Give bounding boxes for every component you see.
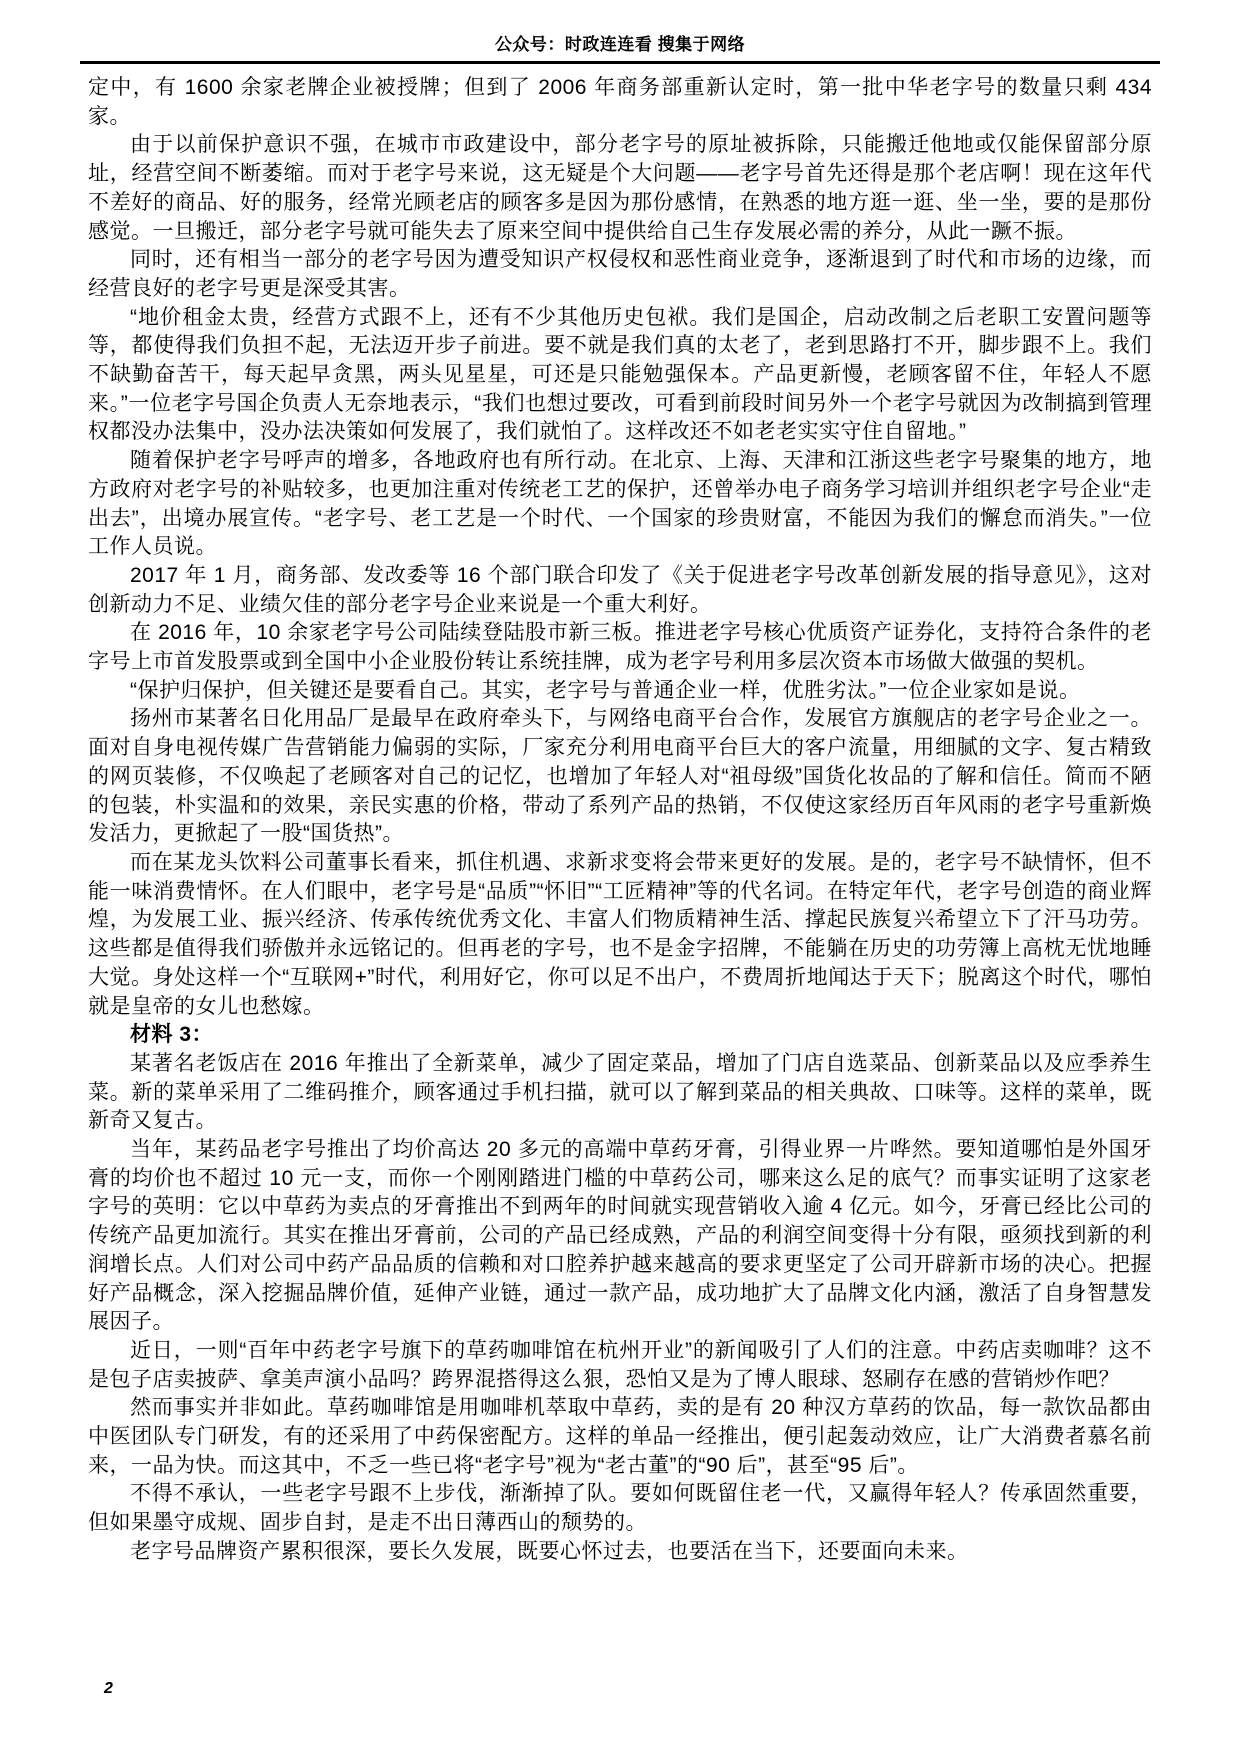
document-page: 公众号：时政连连看 搜集于网络 定中，有 1600 余家老牌企业被授牌；但到了 … [0, 0, 1240, 1754]
paragraph: 不得不承认，一些老字号跟不上步伐，渐渐掉了队。要如何既留住老一代，又赢得年轻人？… [88, 1480, 1152, 1537]
paragraph: 由于以前保护意识不强，在城市市政建设中，部分老字号的原址被拆除，只能搬迁他地或仅… [88, 131, 1152, 246]
paragraph: 扬州市某著名日化用品厂是最早在政府牵头下，与网络电商平台合作，发展官方旗舰店的老… [88, 705, 1152, 849]
paragraph: “保护归保护，但关键还是要看自己。其实，老字号与普通企业一样，优胜劣汰。”一位企… [88, 677, 1152, 706]
paragraph: 老字号品牌资产累积很深，要长久发展，既要心怀过去，也要活在当下，还要面向未来。 [88, 1538, 1152, 1567]
paragraph: 近日，一则“百年中药老字号旗下的草药咖啡馆在杭州开业”的新闻吸引了人们的注意。中… [88, 1337, 1152, 1394]
paragraph: “地价租金太贵，经营方式跟不上，还有不少其他历史包袱。我们是国企，启动改制之后老… [88, 304, 1152, 448]
paragraph: 2017 年 1 月，商务部、发改委等 16 个部门联合印发了《关于促进老字号改… [88, 562, 1152, 619]
paragraph: 同时，还有相当一部分的老字号因为遭受知识产权侵权和恶性商业竞争，逐渐退到了时代和… [88, 246, 1152, 303]
paragraph: 当年，某药品老字号推出了均价高达 20 多元的高端中草药牙膏，引得业界一片哗然。… [88, 1136, 1152, 1337]
header-title: 公众号：时政连连看 搜集于网络 [80, 30, 1160, 55]
material-heading: 材料 3： [88, 1021, 1152, 1050]
header-divider [80, 61, 1160, 64]
paragraph: 在 2016 年，10 余家老字号公司陆续登陆股市新三板。推进老字号核心优质资产… [88, 619, 1152, 676]
paragraph: 定中，有 1600 余家老牌企业被授牌；但到了 2006 年商务部重新认定时，第… [88, 74, 1152, 131]
paragraph: 而在某龙头饮料公司董事长看来，抓住机遇、求新求变将会带来更好的发展。是的，老字号… [88, 849, 1152, 1021]
page-header: 公众号：时政连连看 搜集于网络 [80, 30, 1160, 64]
page-number: 2 [104, 1680, 113, 1697]
document-body: 定中，有 1600 余家老牌企业被授牌；但到了 2006 年商务部重新认定时，第… [88, 74, 1152, 1567]
paragraph: 某著名老饭店在 2016 年推出了全新菜单，减少了固定菜品，增加了门店自选菜品、… [88, 1050, 1152, 1136]
paragraph: 随着保护老字号呼声的增多，各地政府也有所行动。在北京、上海、天津和江浙这些老字号… [88, 447, 1152, 562]
paragraph: 然而事实并非如此。草药咖啡馆是用咖啡机萃取中草药，卖的是有 20 种汉方草药的饮… [88, 1394, 1152, 1480]
page-footer: 2 [104, 1680, 113, 1698]
